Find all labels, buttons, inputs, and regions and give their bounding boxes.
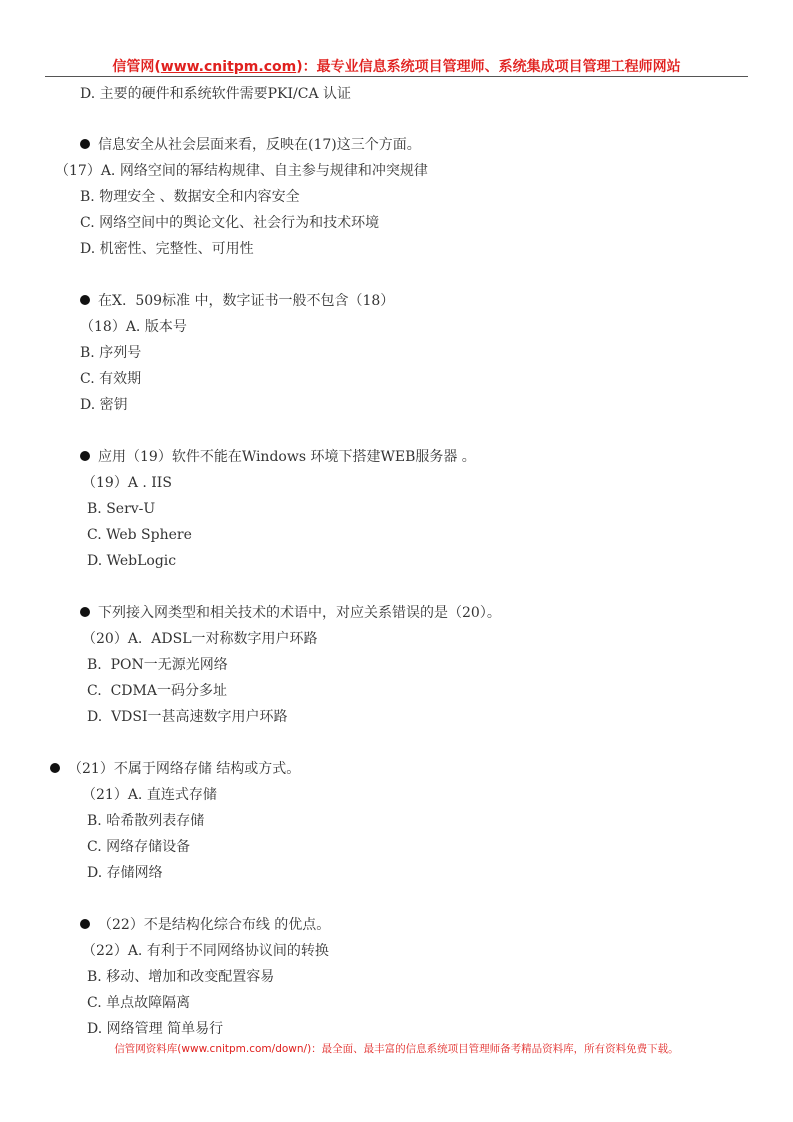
header-suffix: )：最专业信息系统项目管理师、系统集成项目管理工程师网站 bbox=[296, 59, 680, 75]
answer-option: C. 单点故障隔离 bbox=[87, 994, 190, 1012]
answer-option: B. PON一无源光网络 bbox=[87, 656, 228, 674]
question-stem: （21）不属于网络存储 结构或方式。 bbox=[50, 760, 300, 778]
line-text: D. 存储网络 bbox=[87, 865, 163, 881]
answer-option: C. CDMA一码分多址 bbox=[87, 682, 227, 700]
answer-option: D. 机密性、完整性、可用性 bbox=[80, 240, 254, 258]
answer-option: （18）A. 版本号 bbox=[80, 318, 187, 336]
answer-option: D. 存储网络 bbox=[87, 864, 163, 882]
question-stem: 信息安全从社会层面来看，反映在(17)这三个方面。 bbox=[80, 136, 421, 154]
line-text: C. 网络空间中的舆论文化、社会行为和技术环境 bbox=[80, 215, 379, 231]
line-text: D. 网络管理 简单易行 bbox=[87, 1021, 223, 1037]
answer-option: C. 网络存储设备 bbox=[87, 838, 190, 856]
header-prefix: 信管网( bbox=[112, 59, 160, 75]
line-text: C. 单点故障隔离 bbox=[87, 995, 190, 1011]
line-text: （17）A. 网络空间的幂结构规律、自主参与规律和冲突规律 bbox=[55, 163, 428, 179]
answer-option: B. 序列号 bbox=[80, 344, 141, 362]
page-header-title: 信管网(www.cnitpm.com)：最专业信息系统项目管理师、系统集成项目管… bbox=[0, 56, 793, 76]
answer-option: D. 主要的硬件和系统软件需要PKI/CA 认证 bbox=[80, 85, 351, 103]
line-text: 信息安全从社会层面来看，反映在(17)这三个方面。 bbox=[98, 137, 421, 153]
line-text: B. Serv-U bbox=[87, 501, 155, 517]
answer-option: （21）A. 直连式存储 bbox=[82, 786, 217, 804]
line-text: （18）A. 版本号 bbox=[80, 319, 187, 335]
answer-option: B. 物理安全 、数据安全和内容安全 bbox=[80, 188, 300, 206]
bullet-icon bbox=[80, 451, 90, 461]
line-text: C. Web Sphere bbox=[87, 527, 192, 543]
answer-option: B. 哈希散列表存储 bbox=[87, 812, 204, 830]
bullet-icon bbox=[80, 139, 90, 149]
answer-option: C. Web Sphere bbox=[87, 526, 192, 544]
line-text: B. 移动、增加和改变配置容易 bbox=[87, 969, 274, 985]
answer-option: D. 密钥 bbox=[80, 396, 128, 414]
line-text: C. CDMA一码分多址 bbox=[87, 683, 227, 699]
answer-option: D. 网络管理 简单易行 bbox=[87, 1020, 223, 1038]
question-stem: 应用（19）软件不能在Windows 环境下搭建WEB服务器 。 bbox=[80, 448, 476, 466]
line-text: D. 机密性、完整性、可用性 bbox=[80, 241, 254, 257]
header-divider bbox=[45, 76, 748, 77]
answer-option: C. 有效期 bbox=[80, 370, 141, 388]
line-text: D. WebLogic bbox=[87, 553, 176, 569]
answer-option: B. 移动、增加和改变配置容易 bbox=[87, 968, 274, 986]
answer-option: B. Serv-U bbox=[87, 500, 155, 518]
line-text: C. 网络存储设备 bbox=[87, 839, 190, 855]
answer-option: （22）A. 有利于不同网络协议间的转换 bbox=[82, 942, 329, 960]
bullet-icon bbox=[50, 763, 60, 773]
answer-option: （20）A. ADSL一对称数字用户环路 bbox=[82, 630, 318, 648]
line-text: B. PON一无源光网络 bbox=[87, 657, 228, 673]
line-text: 下列接入网类型和相关技术的术语中，对应关系错误的是（20）。 bbox=[98, 605, 501, 621]
line-text: D. 主要的硬件和系统软件需要PKI/CA 认证 bbox=[80, 86, 351, 102]
line-text: （21）A. 直连式存储 bbox=[82, 787, 217, 803]
answer-option: C. 网络空间中的舆论文化、社会行为和技术环境 bbox=[80, 214, 379, 232]
bullet-icon bbox=[80, 919, 90, 929]
line-text: D. VDSI一甚高速数字用户环路 bbox=[87, 709, 288, 725]
question-stem: （22）不是结构化综合布线 的优点。 bbox=[80, 916, 330, 934]
line-text: （19）A . IIS bbox=[82, 475, 172, 491]
answer-option: D. WebLogic bbox=[87, 552, 176, 570]
line-text: B. 序列号 bbox=[80, 345, 141, 361]
bullet-icon bbox=[80, 607, 90, 617]
line-text: （22）A. 有利于不同网络协议间的转换 bbox=[82, 943, 329, 959]
line-text: （20）A. ADSL一对称数字用户环路 bbox=[82, 631, 318, 647]
line-text: D. 密钥 bbox=[80, 397, 128, 413]
page-footer: 信管网资料库(www.cnitpm.com/down/)：最全面、最丰富的信息系… bbox=[0, 1041, 793, 1056]
line-text: （21）不属于网络存储 结构或方式。 bbox=[68, 761, 300, 777]
answer-option: D. VDSI一甚高速数字用户环路 bbox=[87, 708, 288, 726]
answer-option: （19）A . IIS bbox=[82, 474, 172, 492]
line-text: 在X. 509标准 中，数字证书一般不包含（18） bbox=[98, 293, 394, 309]
line-text: （22）不是结构化综合布线 的优点。 bbox=[98, 917, 330, 933]
header-url-link[interactable]: www.cnitpm.com bbox=[161, 59, 296, 75]
line-text: 应用（19）软件不能在Windows 环境下搭建WEB服务器 。 bbox=[98, 449, 476, 465]
question-stem: 在X. 509标准 中，数字证书一般不包含（18） bbox=[80, 292, 394, 310]
line-text: B. 哈希散列表存储 bbox=[87, 813, 204, 829]
question-stem: 下列接入网类型和相关技术的术语中，对应关系错误的是（20）。 bbox=[80, 604, 501, 622]
line-text: C. 有效期 bbox=[80, 371, 141, 387]
line-text: B. 物理安全 、数据安全和内容安全 bbox=[80, 189, 300, 205]
bullet-icon bbox=[80, 295, 90, 305]
answer-option: （17）A. 网络空间的幂结构规律、自主参与规律和冲突规律 bbox=[55, 162, 428, 180]
